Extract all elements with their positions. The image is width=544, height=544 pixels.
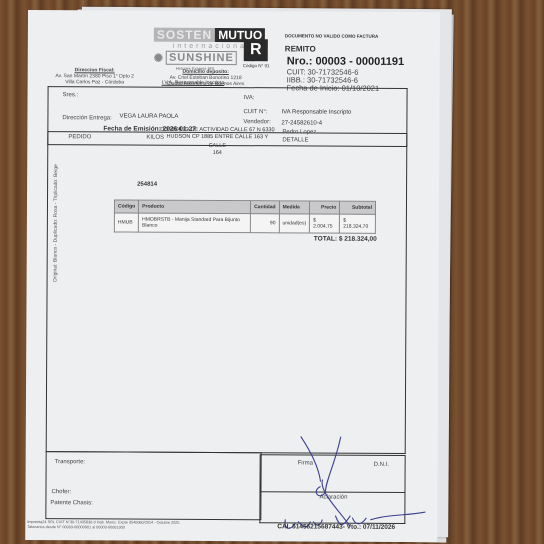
delivery-label: Dirección Entrega:	[62, 115, 111, 121]
delivery-value: VEGA LAURA PAOLA	[119, 113, 178, 119]
transport-box: Transporte: Chofer: Patente Chasis:	[45, 451, 261, 520]
document-body	[46, 143, 408, 454]
doc-type: REMITO	[285, 44, 316, 53]
printer-info: Imprenta24 SRL CUIT N°30-71435836-0 Hab.…	[27, 520, 179, 531]
iva-label: IVA:	[244, 95, 255, 101]
cell-producto: HMOBRSTB - Manija Standard Para Bijunto …	[139, 213, 251, 233]
items-table: Código Producto Cantidad Medida Precio S…	[114, 199, 376, 233]
transporte-label: Transporte:	[55, 459, 85, 465]
cai-expiry: CAI. 51456215687443- Vto.: 07/11/2026	[277, 523, 395, 531]
col-producto: Producto	[139, 200, 251, 214]
sunshine-text: SUNSHINE	[166, 51, 237, 65]
printer-line: Talonarios desde N° 00003-00000901 al 00…	[27, 525, 179, 531]
sres-label: Sres.:	[63, 92, 79, 98]
total-amount: TOTAL: $ 218.324,00	[314, 235, 377, 242]
seller-value: 27-24582610-4	[281, 120, 322, 126]
cuit-label: CUIT N°:	[243, 109, 267, 115]
chofer-label: Chofer:	[51, 489, 71, 495]
col-cantidad: Cantidad	[251, 201, 279, 214]
address-line: HUDSON CP 1885 ENTRE CALLE 163 Y	[127, 134, 307, 142]
col-precio: Precio	[310, 201, 340, 214]
fiscal-address: Direccion Fiscal: Av. San Martín 2380 Pi…	[30, 67, 160, 86]
cell-medida: unidad(es)	[279, 214, 310, 233]
not-valid-notice: DOCUMENTO NO VALIDO COMO FACTURA	[285, 33, 378, 38]
cell-precio: $ 2.004,75	[310, 214, 340, 233]
company-logo: SOSTEN MUTUO	[154, 28, 258, 43]
col-medida: Medida	[279, 201, 310, 214]
copy-legend: Original: Blanco - Duplicado: Rosa - Tri…	[52, 164, 59, 282]
pedido-label: PEDIDO	[68, 134, 91, 140]
sun-icon: ✺	[154, 51, 163, 64]
document-letter: R	[244, 39, 268, 61]
patente-label: Patente Chasis:	[50, 500, 92, 506]
sunshine-logo: ✺ SUNSHINE	[154, 51, 237, 65]
seller-label: Vendedor:	[243, 119, 270, 125]
remito-document: SOSTEN MUTUO internacional ✺ SUNSHINE He…	[25, 10, 440, 542]
cell-codigo: HMUB	[114, 213, 138, 232]
logo-left-text: SOSTEN	[154, 28, 215, 42]
col-codigo: Código	[114, 200, 138, 213]
document-code: Código N° 91	[243, 63, 270, 68]
handwritten-signature	[280, 431, 431, 532]
items-header-row: Código Producto Cantidad Medida Precio S…	[114, 200, 375, 214]
fiscal-address-line: Villa Carlos Paz - Córdoba	[30, 79, 160, 86]
cell-cantidad: 90	[251, 214, 279, 233]
cell-subtotal: $ 218.324,70	[340, 214, 376, 233]
document-number: Nro.: 00003 - 00001191	[287, 55, 404, 68]
iva-status: I.V.A. Responsable Inscripto	[162, 80, 225, 86]
logo-subtitle: internacional	[173, 43, 252, 50]
cuit-value: IVA Responsable Inscripto	[281, 109, 351, 115]
table-row: HMUB HMOBRSTB - Manija Standard Para Bij…	[114, 213, 375, 233]
order-number: 254814	[137, 182, 157, 188]
col-subtotal: Subtotal	[340, 201, 376, 214]
